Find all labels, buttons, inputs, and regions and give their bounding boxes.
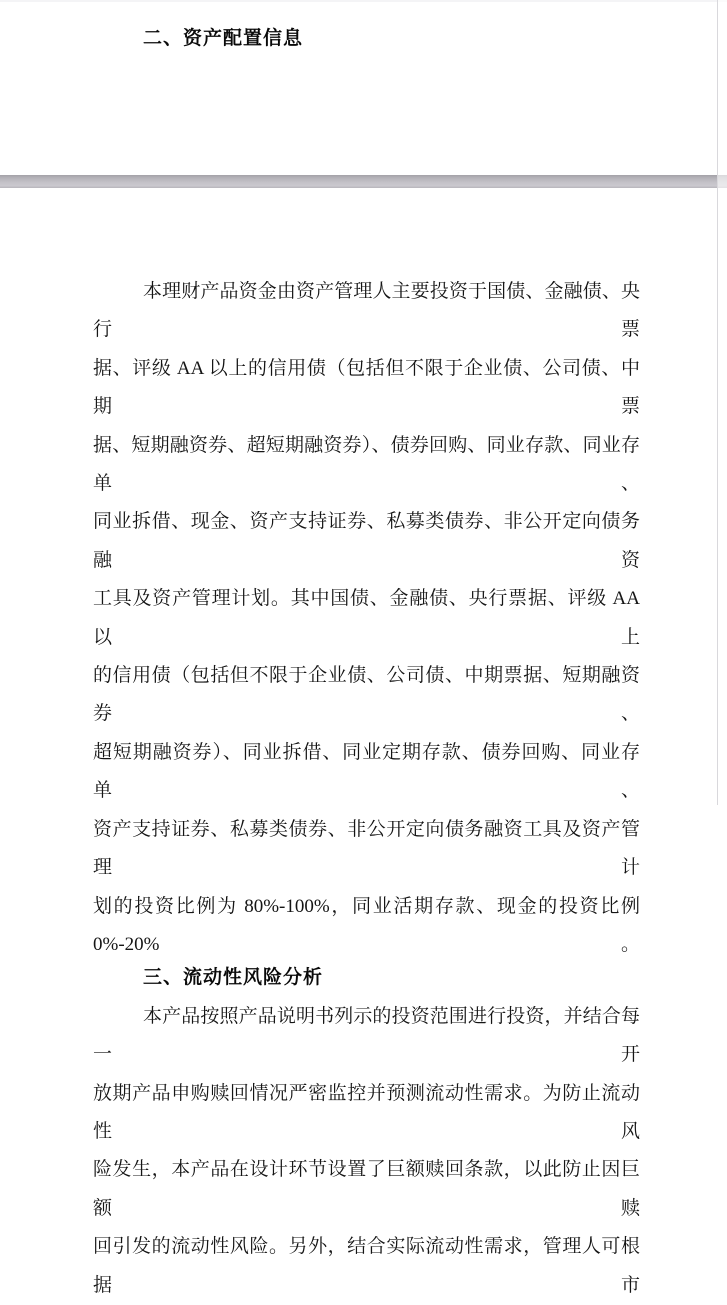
page-break-gap: [0, 175, 727, 188]
body-text-line: 的信用债（包括但不限于企业债、公司债、中期票据、短期融资券、: [93, 657, 640, 734]
body-text-line: 工具及资产管理计划。其中国债、金融债、央行票据、评级 AA 以上: [93, 580, 640, 657]
scrollbar-track[interactable]: [717, 0, 727, 805]
window-top-edge: [0, 0, 727, 2]
document-page-2: 本理财产品资金由资产管理人主要投资于国债、金融债、央行票 据、评级 AA 以上的…: [0, 188, 727, 805]
document-viewer: 二、资产配置信息 本理财产品资金由资产管理人主要投资于国债、金融债、央行票 据、…: [0, 0, 727, 805]
body-text-line: 同业拆借、现金、资产支持证券、私募类债券、非公开定向债务融资: [93, 503, 640, 580]
document-page-1: 二、资产配置信息: [0, 0, 727, 175]
body-text-line: 本理财产品资金由资产管理人主要投资于国债、金融债、央行票: [93, 273, 640, 350]
body-text-line: 超短期融资券）、同业拆借、同业定期存款、债券回购、同业存单、: [93, 734, 640, 805]
body-text-line: 据、短期融资券、超短期融资券）、债券回购、同业存款、同业存单、: [93, 427, 640, 504]
body-text-line: 据、评级 AA 以上的信用债（包括但不限于企业债、公司债、中期票: [93, 350, 640, 427]
section-heading-asset-allocation: 二、资产配置信息: [93, 0, 640, 52]
